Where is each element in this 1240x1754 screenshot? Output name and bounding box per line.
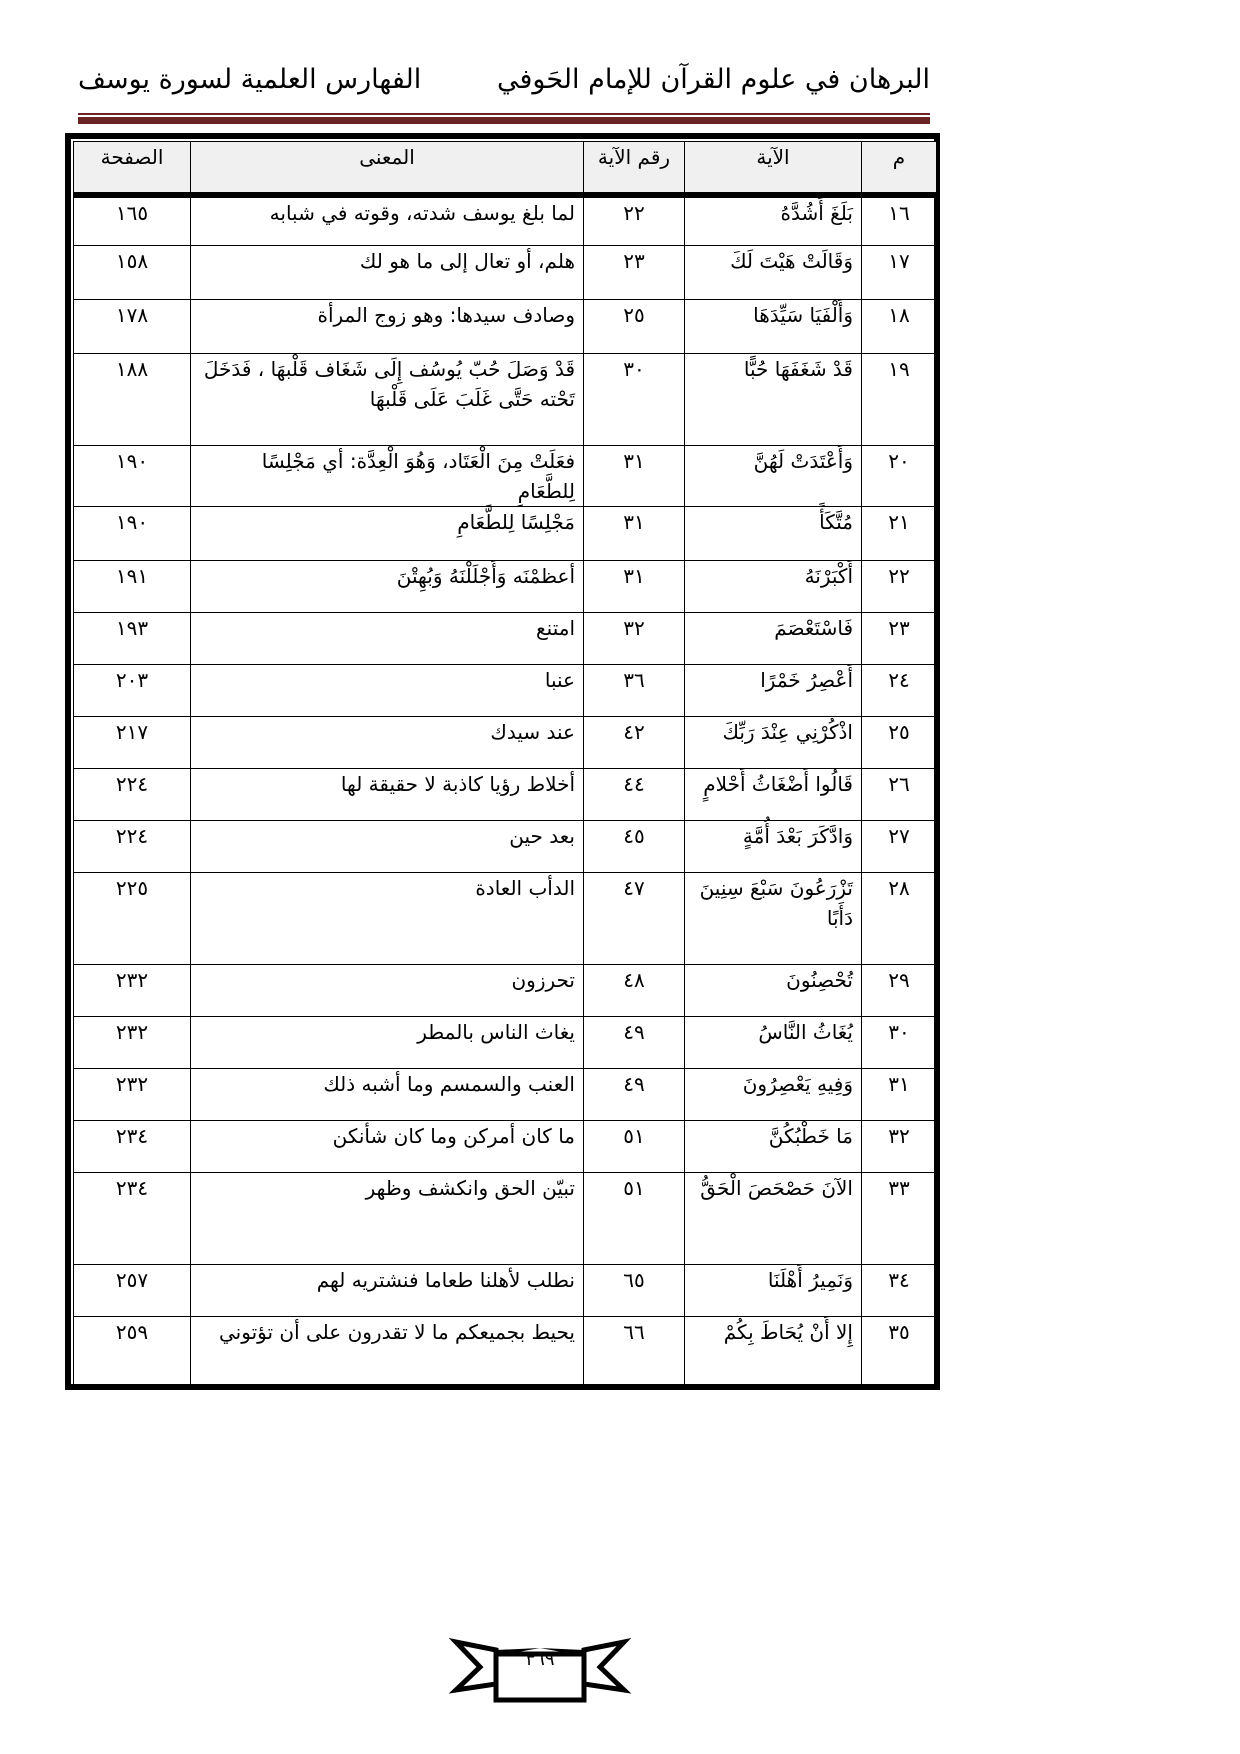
cell-ayah: وَفِيهِ يَعْصِرُونَ <box>685 1068 862 1120</box>
cell-ayah-number: ٤٨ <box>584 964 685 1016</box>
cell-ayah-number: ٣٦ <box>584 664 685 716</box>
table-row: ٢٩تُحْصِنُونَ٤٨تحرزون٢٣٢ <box>74 964 937 1016</box>
cell-ayah-number: ٣١ <box>584 506 685 560</box>
cell-ayah-number: ٤٤ <box>584 768 685 820</box>
cell-meaning: أعظمْنَه وَأَجْلَلْنَهُ وَبُهِتْنَ <box>191 560 584 612</box>
cell-ayah-number: ٢٣ <box>584 245 685 299</box>
cell-page: ٢٥٩ <box>74 1316 191 1388</box>
cell-meaning: عند سيدك <box>191 716 584 768</box>
cell-meaning: أخلاط رؤيا كاذبة لا حقيقة لها <box>191 768 584 820</box>
header-rule-thin <box>78 113 930 115</box>
cell-meaning: يغاث الناس بالمطر <box>191 1016 584 1068</box>
cell-ayah: تَزْرَعُونَ سَبْعَ سِنِينَ دَأَبًا <box>685 872 862 964</box>
cell-meaning: لما بلغ يوسف شدته، وقوته في شبابه <box>191 195 584 245</box>
cell-meaning: الدأب العادة <box>191 872 584 964</box>
cell-ayah: وَقَالَتْ هَيْتَ لَكَ <box>685 245 862 299</box>
cell-ayah: أَعْصِرُ خَمْرًا <box>685 664 862 716</box>
cell-m: ١٨ <box>862 299 937 353</box>
table-row: ٢٥اذْكُرْنِي عِنْدَ رَبِّكَ٤٢عند سيدك٢١٧ <box>74 716 937 768</box>
cell-ayah-number: ٤٧ <box>584 872 685 964</box>
table-row: ٣٢مَا خَطْبُكُنَّ٥١ما كان أمركن وما كان … <box>74 1120 937 1172</box>
page-number: ٣٦٩ <box>495 1640 585 1700</box>
cell-page: ٢٣٢ <box>74 1068 191 1120</box>
cell-m: ٣٥ <box>862 1316 937 1388</box>
cell-m: ٣٢ <box>862 1120 937 1172</box>
index-table-inner: م الآية رقم الآية المعنى الصفحة ١٦بَلَغَ… <box>71 139 934 1384</box>
cell-ayah: قَدْ شَغَفَهَا حُبًّا <box>685 353 862 445</box>
cell-ayah: فَاسْتَعْصَمَ <box>685 612 862 664</box>
table-row: ٢٤أَعْصِرُ خَمْرًا٣٦عنبا٢٠٣ <box>74 664 937 716</box>
cell-meaning: بعد حين <box>191 820 584 872</box>
cell-ayah-number: ٣١ <box>584 560 685 612</box>
table-row: ٣٤وَنَمِيرُ أَهْلَنَا٦٥نطلب لأهلنا طعاما… <box>74 1264 937 1316</box>
cell-ayah-number: ٤٢ <box>584 716 685 768</box>
section-title: الفهارس العلمية لسورة يوسف <box>78 62 421 98</box>
cell-m: ٣٠ <box>862 1016 937 1068</box>
cell-ayah-number: ٤٩ <box>584 1068 685 1120</box>
cell-ayah: مَا خَطْبُكُنَّ <box>685 1120 862 1172</box>
cell-ayah: قَالُوا أَضْغَاثُ أَحْلامٍ <box>685 768 862 820</box>
cell-meaning: العنب والسمسم وما أشبه ذلك <box>191 1068 584 1120</box>
col-header-ayah: الآية <box>685 142 862 196</box>
table-row: ٢٧وَادَّكَرَ بَعْدَ أُمَّةٍ٤٥بعد حين٢٢٤ <box>74 820 937 872</box>
cell-ayah: إِلا أَنْ يُحَاطَ بِكُمْ <box>685 1316 862 1388</box>
cell-ayah-number: ٤٥ <box>584 820 685 872</box>
cell-ayah: بَلَغَ أَشُدَّهُ <box>685 195 862 245</box>
cell-ayah-number: ٥١ <box>584 1172 685 1264</box>
table-row: ٣٠يُغَاثُ النَّاسُ٤٩يغاث الناس بالمطر٢٣٢ <box>74 1016 937 1068</box>
col-header-meaning: المعنى <box>191 142 584 196</box>
cell-ayah-number: ٢٢ <box>584 195 685 245</box>
table-row: ٣٥إِلا أَنْ يُحَاطَ بِكُمْ٦٦يحيط بجميعكم… <box>74 1316 937 1388</box>
cell-page: ١٩١ <box>74 560 191 612</box>
book-title: البرهان في علوم القرآن للإمام الحَوفي <box>497 62 930 98</box>
cell-meaning: عنبا <box>191 664 584 716</box>
table-row: ١٧وَقَالَتْ هَيْتَ لَكَ٢٣هلم، أو تعال إل… <box>74 245 937 299</box>
table-body: ١٦بَلَغَ أَشُدَّهُ٢٢لما بلغ يوسف شدته، و… <box>74 195 937 1388</box>
cell-ayah-number: ٦٥ <box>584 1264 685 1316</box>
cell-m: ٢٥ <box>862 716 937 768</box>
cell-m: ٢١ <box>862 506 937 560</box>
cell-ayah-number: ٣٠ <box>584 353 685 445</box>
index-table: م الآية رقم الآية المعنى الصفحة ١٦بَلَغَ… <box>73 141 937 1389</box>
table-row: ٢٢أَكْبَرْنَهُ٣١أعظمْنَه وَأَجْلَلْنَهُ … <box>74 560 937 612</box>
page-number-banner: ٣٦٩ <box>440 1612 640 1704</box>
table-row: ٣١وَفِيهِ يَعْصِرُونَ٤٩العنب والسمسم وما… <box>74 1068 937 1120</box>
table-row: ١٨وَأَلْفَيَا سَيِّدَهَا٢٥وصادف سيدها: و… <box>74 299 937 353</box>
cell-m: ٢٤ <box>862 664 937 716</box>
cell-meaning: ما كان أمركن وما كان شأنكن <box>191 1120 584 1172</box>
col-header-page: الصفحة <box>74 142 191 196</box>
header-rule-thick <box>78 117 930 124</box>
cell-page: ٢٢٤ <box>74 820 191 872</box>
cell-page: ١٥٨ <box>74 245 191 299</box>
cell-page: ٢٥٧ <box>74 1264 191 1316</box>
cell-m: ٢٣ <box>862 612 937 664</box>
cell-ayah-number: ٣١ <box>584 445 685 506</box>
cell-page: ٢٣٤ <box>74 1172 191 1264</box>
cell-page: ٢٠٣ <box>74 664 191 716</box>
cell-meaning: تبيّن الحق وانكشف وظهر <box>191 1172 584 1264</box>
cell-ayah: تُحْصِنُونَ <box>685 964 862 1016</box>
cell-meaning: وصادف سيدها: وهو زوج المرأة <box>191 299 584 353</box>
cell-m: ٢٩ <box>862 964 937 1016</box>
cell-ayah-number: ٦٦ <box>584 1316 685 1388</box>
table-row: ٢٨تَزْرَعُونَ سَبْعَ سِنِينَ دَأَبًا٤٧ال… <box>74 872 937 964</box>
cell-m: ٢٠ <box>862 445 937 506</box>
cell-page: ٢٣٢ <box>74 964 191 1016</box>
cell-page: ٢٣٢ <box>74 1016 191 1068</box>
cell-ayah: وَأَلْفَيَا سَيِّدَهَا <box>685 299 862 353</box>
cell-ayah-number: ٣٢ <box>584 612 685 664</box>
table-row: ١٦بَلَغَ أَشُدَّهُ٢٢لما بلغ يوسف شدته، و… <box>74 195 937 245</box>
table-row: ٢٦قَالُوا أَضْغَاثُ أَحْلامٍ٤٤أخلاط رؤيا… <box>74 768 937 820</box>
cell-meaning: فعَلَتْ مِنَ الْعَتَاد، وَهُوَ الْعِدَّة… <box>191 445 584 506</box>
cell-m: ١٩ <box>862 353 937 445</box>
cell-m: ٢٢ <box>862 560 937 612</box>
cell-ayah: أَكْبَرْنَهُ <box>685 560 862 612</box>
cell-m: ٣٤ <box>862 1264 937 1316</box>
cell-page: ١٦٥ <box>74 195 191 245</box>
cell-ayah: يُغَاثُ النَّاسُ <box>685 1016 862 1068</box>
cell-m: ٢٦ <box>862 768 937 820</box>
col-header-ayah-number: رقم الآية <box>584 142 685 196</box>
cell-m: ١٧ <box>862 245 937 299</box>
cell-meaning: قَدْ وَصَلَ حُبّ يُوسُف إِلَى شَغَاف قَل… <box>191 353 584 445</box>
table-row: ٢٠وَأَعْتَدَتْ لَهُنَّ٣١فعَلَتْ مِنَ الْ… <box>74 445 937 506</box>
cell-meaning: تحرزون <box>191 964 584 1016</box>
cell-ayah: الآنَ حَصْحَصَ الْحَقُّ <box>685 1172 862 1264</box>
cell-ayah: مُتَّكَأً <box>685 506 862 560</box>
cell-ayah: وَنَمِيرُ أَهْلَنَا <box>685 1264 862 1316</box>
cell-meaning: مَجْلِسًا لِلطَّعَامِ <box>191 506 584 560</box>
cell-m: ٣١ <box>862 1068 937 1120</box>
table-row: ٣٣الآنَ حَصْحَصَ الْحَقُّ٥١تبيّن الحق وا… <box>74 1172 937 1264</box>
col-header-m: م <box>862 142 937 196</box>
cell-page: ١٩٣ <box>74 612 191 664</box>
table-row: ١٩قَدْ شَغَفَهَا حُبًّا٣٠قَدْ وَصَلَ حُب… <box>74 353 937 445</box>
table-header-row: م الآية رقم الآية المعنى الصفحة <box>74 142 937 196</box>
cell-ayah-number: ٥١ <box>584 1120 685 1172</box>
cell-m: ٢٧ <box>862 820 937 872</box>
cell-meaning: نطلب لأهلنا طعاما فنشتريه لهم <box>191 1264 584 1316</box>
cell-page: ١٩٠ <box>74 506 191 560</box>
cell-page: ٢٢٥ <box>74 872 191 964</box>
cell-page: ٢٢٤ <box>74 768 191 820</box>
cell-m: ٢٨ <box>862 872 937 964</box>
cell-ayah: وَأَعْتَدَتْ لَهُنَّ <box>685 445 862 506</box>
cell-meaning: امتنع <box>191 612 584 664</box>
table-row: ٢١مُتَّكَأً٣١مَجْلِسًا لِلطَّعَامِ١٩٠ <box>74 506 937 560</box>
index-table-frame: م الآية رقم الآية المعنى الصفحة ١٦بَلَغَ… <box>65 133 940 1390</box>
cell-ayah: وَادَّكَرَ بَعْدَ أُمَّةٍ <box>685 820 862 872</box>
cell-page: ٢١٧ <box>74 716 191 768</box>
cell-meaning: هلم، أو تعال إلى ما هو لك <box>191 245 584 299</box>
cell-ayah: اذْكُرْنِي عِنْدَ رَبِّكَ <box>685 716 862 768</box>
cell-m: ٣٣ <box>862 1172 937 1264</box>
cell-ayah-number: ٤٩ <box>584 1016 685 1068</box>
cell-m: ١٦ <box>862 195 937 245</box>
cell-page: ١٧٨ <box>74 299 191 353</box>
cell-ayah-number: ٢٥ <box>584 299 685 353</box>
cell-meaning: يحيط بجميعكم ما لا تقدرون على أن تؤتوني <box>191 1316 584 1388</box>
cell-page: ١٨٨ <box>74 353 191 445</box>
table-row: ٢٣فَاسْتَعْصَمَ٣٢امتنع١٩٣ <box>74 612 937 664</box>
cell-page: ١٩٠ <box>74 445 191 506</box>
cell-page: ٢٣٤ <box>74 1120 191 1172</box>
